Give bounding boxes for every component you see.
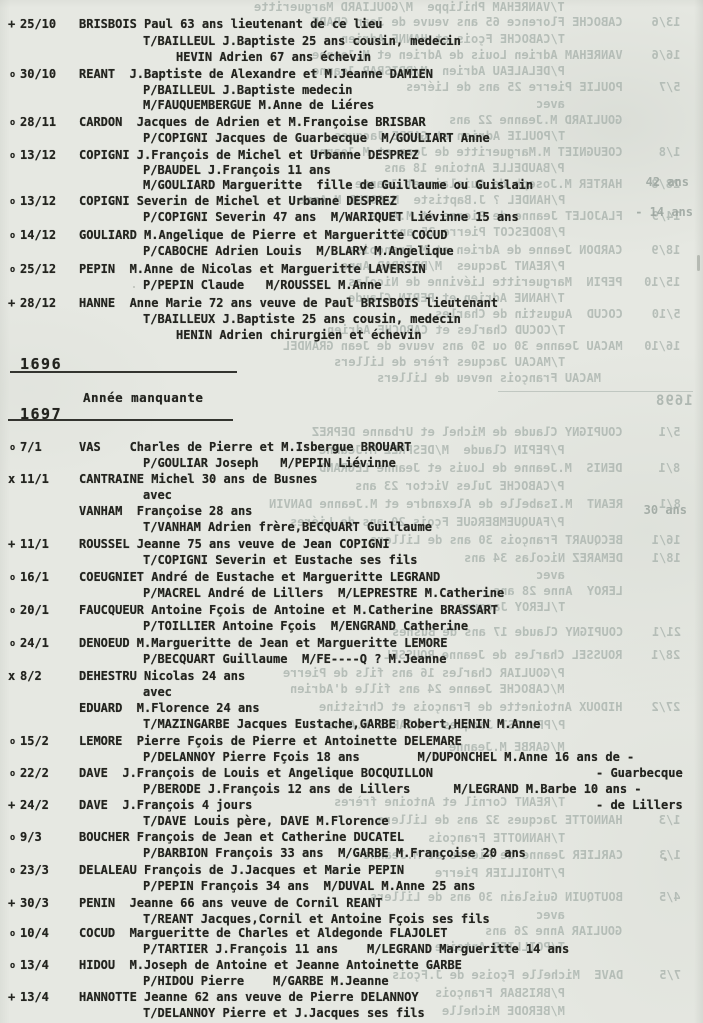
record-detail-line: T/DELANNOY Pierre et J.Jacques ses fils [0,1006,703,1022]
record-detail-line: T/MAZINGARBE Jacques Eustache,GARBE Robe… [0,717,703,733]
record-detail-line: T/BAILLEUX J.Baptiste 25 ans cousin, med… [0,312,703,328]
record-type-symbol: + [8,798,15,812]
record-entry-line: o20/1FAUCQUEUR Antoine Fçois de Antoine … [0,603,703,619]
record-type-symbol: x [8,669,15,683]
record-text: P/HIDOU Pierre M/GARBE M.Jeanne [143,974,389,988]
record-date: 20/1 [20,603,49,617]
record-text: COCUD Margueritte de Charles et Aldegond… [79,926,447,940]
record-detail-line: T/COPIGNI Severin et Eustache ses fils [0,553,703,569]
record-text: T/BAILLEUX J.Baptiste 25 ans cousin, med… [143,312,461,326]
record-text: COPIGNI Severin de Michel et Urbanne DES… [79,194,397,208]
record-text: P/TOILLIER Antoine Fçois M/ENGRAND Cathe… [143,619,468,633]
record-text: CARDON Jacques de Adrien et M.Françoise … [79,115,426,129]
record-detail-line: T/DAVE Louis père, DAVE M.Florence [0,814,703,830]
bleedthrough-line: T/VANREHAM Philippe M/GOULIARD Marguerit… [254,0,695,14]
record-detail-line: P/GOULIAR Joseph M/PEPIN Liévinne [0,456,703,472]
record-date: 8/2 [20,669,42,683]
register-page: 1698 T/VANREHAM Philippe M/GOULIARD Marg… [0,0,703,1023]
record-text: DENOEUD M.Margueritte de Jean et Marguer… [79,636,447,650]
record-text: T/MAZINGARBE Jacques Eustache,GARBE Robe… [143,717,540,731]
record-entry-line: o9/3BOUCHER François de Jean et Catherin… [0,830,703,846]
record-type-symbol: + [8,990,15,1004]
record-text: HEVIN Adrien 67 ans échevin [176,50,371,64]
bleedthrough-line: T/MACAU Jacques frère de Lillers [334,355,695,369]
record-detail-line: P/TOILLIER Antoine Fçois M/ENGRAND Cathe… [0,619,703,635]
record-date: 11/1 [20,472,49,486]
record-type-symbol: + [8,537,15,551]
record-date: 23/3 [20,863,49,877]
record-text: P/COPIGNI Severin 47 ans M/WARIQUET Liév… [143,210,519,224]
record-text: PEPIN M.Anne de Nicolas et Margueritte L… [79,262,426,276]
record-entry-line: x8/2DEHESTRU Nicolas 24 ans [0,669,703,685]
missing-year-note: Année manquante [83,391,203,405]
record-text: DAVE J.François 4 jours [79,798,252,812]
record-detail-line: T/VANHAM Adrien frère,BECQUART Guillaume [0,520,703,536]
record-text: DELALEAU François de J.Jacques et Marie … [79,863,404,877]
record-date: 25/12 [20,262,56,276]
record-entry-line: VANHAM Françoise 28 ans [0,504,703,520]
record-date: 22/2 [20,766,49,780]
record-entry-line: o13/12COPIGNI J.François de Michel et Ur… [0,148,703,164]
record-type-symbol: o [10,119,15,128]
record-date: 25/10 [20,17,56,31]
record-date: 24/1 [20,636,49,650]
record-entry-line: +11/1ROUSSEL Jeanne 75 ans veuve de Jean… [0,537,703,553]
record-entry-line: +24/2DAVE J.François 4 jours- de Lillers [0,798,703,814]
record-text: VAS Charles de Pierre et M.Isbergue BROU… [79,440,411,454]
record-date: 13/12 [20,148,56,162]
record-detail-line: P/BAUDEL J.François 11 ans [0,163,703,179]
record-date: 16/1 [20,570,49,584]
record-text: HANNOTTE Jeanne 62 ans veuve de Pierre D… [79,990,419,1004]
record-type-symbol: o [10,266,15,275]
record-detail-line: P/COPIGNI Severin 47 ans M/WARIQUET Liév… [0,210,703,226]
record-date: 14/12 [20,228,56,242]
record-entry-line: o22/2DAVE J.François de Louis et Angeliq… [0,766,703,782]
record-text: BOUCHER François de Jean et Catherine DU… [79,830,404,844]
record-text: T/DELANNOY Pierre et J.Jacques ses fils [143,1006,425,1020]
record-date: 28/11 [20,115,56,129]
record-detail-line: P/PEPIN François 34 ans M/DUVAL M.Anne 2… [0,879,703,895]
record-text: P/COPIGNI Jacques de Guarbecque M/GOULIA… [143,131,490,145]
record-text: PENIN Jeanne 66 ans veuve de Cornil REAN… [79,896,382,910]
record-entry-line: o7/1VAS Charles de Pierre et M.Isbergue … [0,440,703,456]
record-date: 13/4 [20,958,49,972]
record-date: 30/3 [20,896,49,910]
record-date: 24/2 [20,798,49,812]
record-type-symbol: o [10,152,15,161]
record-date: 7/1 [20,440,42,454]
record-detail-line: HEVIN Adrien 67 ans échevin [0,50,703,66]
overflow-fragment: - de Lillers [596,798,683,812]
paper-speck [664,858,667,861]
record-entry-line: o14/12GOULIARD M.Angelique de Pierre et … [0,228,703,244]
record-text: T/DAVE Louis père, DAVE M.Florence [143,814,389,828]
record-entry-line: o24/1DENOEUD M.Margueritte de Jean et Ma… [0,636,703,652]
record-entry-line: o25/12PEPIN M.Anne de Nicolas et Marguer… [0,262,703,278]
record-entry-line: o10/4COCUD Margueritte de Charles et Ald… [0,926,703,942]
record-detail-line: P/DELANNOY Pierre Fçois 18 ans M/DUPONCH… [0,750,703,766]
record-detail-line: avec [0,488,703,504]
record-type-symbol: o [10,834,15,843]
record-date: 9/3 [20,830,42,844]
record-text: EDUARD M.Florence 24 ans [79,701,260,715]
record-text: T/BAILLEUL J.Baptiste 25 ans cousin, med… [143,34,461,48]
record-text: T/COPIGNI Severin et Eustache ses fils [143,553,418,567]
record-text: P/CABOCHE Adrien Louis M/BLARY M.Angeliq… [143,244,454,258]
record-detail-line: P/BAILLEUL J.Baptiste medecin [0,83,703,99]
record-text: HIDOU M.Joseph de Antoine et Jeanne Anto… [79,958,462,972]
record-type-symbol: o [10,962,15,971]
record-text: VANHAM Françoise 28 ans [79,504,252,518]
record-text: P/PEPIN François 34 ans M/DUVAL M.Anne 2… [143,879,475,893]
record-date: 28/12 [20,296,56,310]
record-text: HENIN Adrien chirurgien et échevin [176,328,422,342]
record-detail-line: M/FAUQUEMBERGUE M.Anne de Liéres [0,98,703,114]
record-text: P/MACREL André de Lillers M/LEPRESTRE M.… [143,586,504,600]
record-text: ROUSSEL Jeanne 75 ans veuve de Jean COPI… [79,537,390,551]
record-text: REANT J.Baptiste de Alexandre et M.Jeann… [79,67,433,81]
record-text: avec [143,488,172,502]
record-date: 30/10 [20,67,56,81]
record-type-symbol: + [8,896,15,910]
bleedthrough-year-label: 1698 [655,394,693,408]
record-type-symbol: o [10,867,15,876]
record-entry-line: o23/3DELALEAU François de J.Jacques et M… [0,863,703,879]
year-1696-underline [10,371,237,373]
record-text: P/TARTIER J.François 11 ans M/LEGRAND Ma… [143,942,569,956]
record-detail-line: P/COPIGNI Jacques de Guarbecque M/GOULIA… [0,131,703,147]
record-text: avec [143,685,172,699]
record-type-symbol: + [8,17,15,31]
record-text: DEHESTRU Nicolas 24 ans [79,669,245,683]
bleedthrough-line: MACAU François neveu de Lillers [377,371,695,385]
record-type-symbol: o [10,198,15,207]
record-type-symbol: o [10,738,15,747]
year-1696-heading: 1696 [20,357,62,371]
record-date: 10/4 [20,926,49,940]
record-type-symbol: o [10,930,15,939]
record-text: P/DELANNOY Pierre Fçois 18 ans M/DUPONCH… [143,750,634,764]
record-entry-line: +25/10BRISBOIS Paul 63 ans lieutenant de… [0,17,703,33]
record-detail-line: HENIN Adrien chirurgien et échevin [0,328,703,344]
record-detail-line: P/CABOCHE Adrien Louis M/BLARY M.Angeliq… [0,244,703,260]
record-type-symbol: + [8,296,15,310]
record-text: M/GOULIARD Margueritte fille de Guillaum… [143,178,533,192]
record-date: 13/4 [20,990,49,1004]
record-detail-line: avec [0,685,703,701]
record-type-symbol: o [10,71,15,80]
record-entry-line: o15/2LEMORE Pierre Fçois de Pierre et An… [0,734,703,750]
record-text: P/BARBION François 33 ans M/GARBE M.Fran… [143,846,526,860]
record-date: 11/1 [20,537,49,551]
record-detail-line: P/BARBION François 33 ans M/GARBE M.Fran… [0,846,703,862]
record-text: GOULIARD M.Angelique de Pierre et Margue… [79,228,447,242]
record-entry-line: +30/3PENIN Jeanne 66 ans veuve de Cornil… [0,896,703,912]
bleedthrough-line: 5/1 COUPIGNY Claude de Michel et Urbanne… [312,425,695,439]
record-entry-line: +13/4HANNOTTE Jeanne 62 ans veuve de Pie… [0,990,703,1006]
record-text: COEUGNIET André de Eustache et Marguerit… [79,570,440,584]
record-text: CANTRAINE Michel 30 ans de Busnes [79,472,317,486]
record-entry-line: o30/10REANT J.Baptiste de Alexandre et M… [0,67,703,83]
record-text: LEMORE Pierre Fçois de Pierre et Antoine… [79,734,462,748]
record-entry-line: o13/12COPIGNI Severin de Michel et Urban… [0,194,703,210]
record-type-symbol: o [10,444,15,453]
overflow-fragment: - Guarbecque [596,766,683,780]
record-type-symbol: o [10,232,15,241]
record-detail-line: P/HIDOU Pierre M/GARBE M.Jeanne [0,974,703,990]
record-entry-line: o13/4HIDOU M.Joseph de Antoine et Jeanne… [0,958,703,974]
record-date: 15/2 [20,734,49,748]
record-detail-line: P/BECQUART Guillaume M/FE----Q ? M.Jeann… [0,652,703,668]
record-text: P/PEPIN Claude M/ROUSSEL M.Anne [143,278,381,292]
record-type-symbol: o [10,640,15,649]
record-date: 13/12 [20,194,56,208]
record-text: FAUCQUEUR Antoine Fçois de Antoine et M.… [79,603,498,617]
record-text: P/BAILLEUL J.Baptiste medecin [143,83,353,97]
record-text: DAVE J.François de Louis et Angelique BO… [79,766,433,780]
record-detail-line: T/BAILLEUL J.Baptiste 25 ans cousin, med… [0,34,703,50]
record-entry-line: EDUARD M.Florence 24 ans [0,701,703,717]
record-type-symbol: o [10,607,15,616]
paper-speck [133,286,135,288]
record-text: P/BAUDEL J.François 11 ans [143,163,331,177]
bleedthrough-year-rule [498,391,693,392]
record-entry-line: x11/1CANTRAINE Michel 30 ans de Busnes [0,472,703,488]
record-text: M/FAUQUEMBERGUE M.Anne de Liéres [143,98,374,112]
record-detail-line: P/TARTIER J.François 11 ans M/LEGRAND Ma… [0,942,703,958]
record-text: HANNE Anne Marie 72 ans veuve de Paul BR… [79,296,498,310]
record-text: P/GOULIAR Joseph M/PEPIN Liévinne [143,456,396,470]
record-text: T/REANT Jacques,Cornil et Antoine Fçois … [143,912,490,926]
record-detail-line: P/BERODE J.François 12 ans de Lillers M/… [0,782,703,798]
paper-speck [697,255,700,271]
paper-speck [30,365,32,367]
record-text: P/BECQUART Guillaume M/FE----Q ? M.Jeann… [143,652,446,666]
record-type-symbol: o [10,574,15,583]
record-entry-line: o16/1COEUGNIET André de Eustache et Marg… [0,570,703,586]
record-text: T/VANHAM Adrien frère,BECQUART Guillaume [143,520,432,534]
record-text: COPIGNI J.François de Michel et Urbanne … [79,148,419,162]
record-text: BRISBOIS Paul 63 ans lieutenant de ce li… [79,17,382,31]
record-detail-line: P/MACREL André de Lillers M/LEPRESTRE M.… [0,586,703,602]
record-entry-line: +28/12HANNE Anne Marie 72 ans veuve de P… [0,296,703,312]
record-detail-line: M/GOULIARD Margueritte fille de Guillaum… [0,178,703,194]
record-type-symbol: o [10,770,15,779]
record-text: P/BERODE J.François 12 ans de Lillers M/… [143,782,642,796]
record-type-symbol: x [8,472,15,486]
year-1697-underline [8,419,233,421]
record-entry-line: o28/11CARDON Jacques de Adrien et M.Fran… [0,115,703,131]
record-detail-line: P/PEPIN Claude M/ROUSSEL M.Anne [0,278,703,294]
